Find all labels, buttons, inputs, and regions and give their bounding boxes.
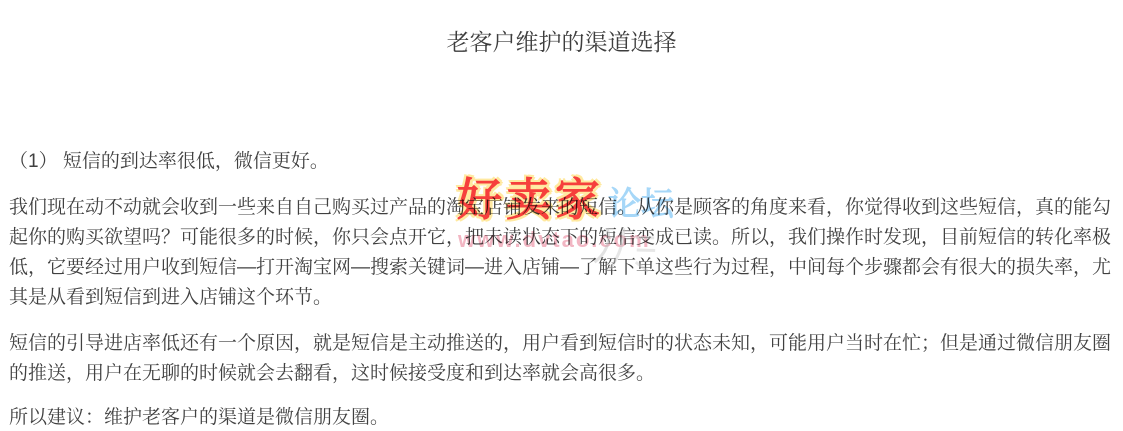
article-page: 老客户维护的渠道选择 （1） 短信的到达率很低，微信更好。 我们现在动不动就会收… bbox=[0, 0, 1123, 431]
item-heading: （1） 短信的到达率很低，微信更好。 bbox=[9, 147, 1113, 177]
article-body: （1） 短信的到达率很低，微信更好。 我们现在动不动就会收到一些来自自己购买过产… bbox=[0, 147, 1123, 431]
page-title: 老客户维护的渠道选择 bbox=[0, 26, 1123, 59]
conclusion-line: 所以建议：维护老客户的渠道是微信朋友圈。 bbox=[9, 403, 1113, 431]
paragraph: 我们现在动不动就会收到一些来自自己购买过产品的淘宝店铺发来的短信。从你是顾客的角… bbox=[9, 193, 1113, 313]
paragraph: 短信的引导进店率低还有一个原因，就是短信是主动推送的，用户看到短信时的状态未知，… bbox=[9, 329, 1113, 389]
